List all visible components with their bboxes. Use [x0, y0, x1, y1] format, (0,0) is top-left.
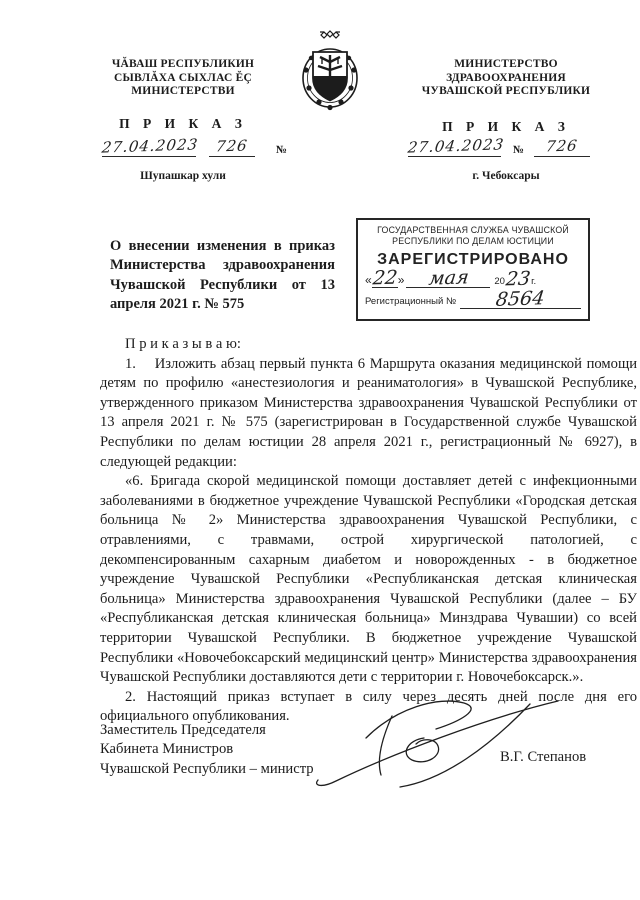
document-page: ЧĂВАШ РЕСПУБЛИКИН СЫВЛĂХА СЫХЛАС ĔÇ МИНИ…	[0, 0, 640, 900]
org-name-chuvash-line2: СЫВЛĂХА СЫХЛАС ĔÇ	[100, 72, 266, 86]
stamp-quote-open: «	[365, 273, 372, 288]
date-underline-left: 27.04.2023	[102, 138, 196, 157]
number-underline-left: 726	[209, 138, 255, 157]
stamp-reg-label: Регистрационный №	[365, 296, 456, 309]
stamp-handwritten-year: 23	[505, 270, 532, 289]
registration-stamp: ГОСУДАРСТВЕННАЯ СЛУЖБА ЧУВАШСКОЙ РЕСПУБЛ…	[356, 218, 590, 321]
number-sign-left: №	[276, 144, 287, 157]
stamp-handwritten-month: мая	[427, 268, 469, 287]
org-name-russian-line1: МИНИСТЕРСТВО	[408, 58, 604, 72]
signatory-name: В.Г. Степанов	[500, 749, 586, 766]
number-underline-right: 726	[534, 138, 590, 157]
order-word: П р и к а з ы в а ю:	[100, 335, 637, 355]
order-body: П р и к а з ы в а ю: 1. Изложить абзац п…	[100, 335, 637, 727]
chuvashia-coat-of-arms-icon	[299, 30, 361, 112]
signature-icon	[312, 688, 564, 792]
stamp-org-line2: РЕСПУБЛИКИ ПО ДЕЛАМ ЮСТИЦИИ	[365, 236, 581, 247]
org-name-russian: МИНИСТЕРСТВО ЗДРАВООХРАНЕНИЯ ЧУВАШСКОЙ Р…	[408, 58, 604, 99]
number-sign-right: №	[513, 144, 524, 157]
org-name-russian-line3: ЧУВАШСКОЙ РЕСПУБЛИКИ	[408, 85, 604, 99]
stamp-org-line1: ГОСУДАРСТВЕННАЯ СЛУЖБА ЧУВАШСКОЙ	[365, 225, 581, 236]
stamp-registered-label: ЗАРЕГИСТРИРОВАНО	[365, 251, 581, 268]
document-title: О внесении изменения в приказ Министерст…	[110, 237, 335, 314]
city-name-chuvash: Шупашкар хули	[100, 170, 266, 182]
city-name-russian: г. Чебоксары	[408, 170, 604, 182]
stamp-year-suffix: г.	[530, 276, 536, 288]
org-name-russian-line2: ЗДРАВООХРАНЕНИЯ	[408, 72, 604, 86]
body-paragraph-1: 1. Изложить абзац первый пункта 6 Маршру…	[100, 355, 637, 473]
handwritten-date-left: 27.04.2023	[101, 136, 199, 156]
org-name-chuvash-line1: ЧĂВАШ РЕСПУБЛИКИН	[100, 58, 266, 72]
stamp-reg-number-underline: 8564	[460, 290, 581, 309]
order-heading-right: П Р И К А З	[408, 119, 604, 135]
order-date-number-right: 27.04.2023 № 726	[408, 138, 590, 157]
stamp-handwritten-reg-number: 8564	[495, 289, 546, 309]
stamp-month-underline: мая	[406, 269, 490, 288]
date-underline-right: 27.04.2023	[408, 138, 501, 157]
org-name-chuvash: ЧĂВАШ РЕСПУБЛИКИН СЫВЛĂХА СЫХЛАС ĔÇ МИНИ…	[100, 58, 266, 99]
body-paragraph-2: «6. Бригада скорой медицинской помощи до…	[100, 472, 637, 688]
stamp-date-row: «22» мая 2023г.	[365, 269, 581, 288]
stamp-year-prefix: 20	[490, 276, 506, 288]
handwritten-number-right: 726	[545, 137, 579, 155]
stamp-quote-close: »	[398, 273, 405, 288]
stamp-day-underline: 22	[372, 269, 398, 288]
handwritten-date-right: 27.04.2023	[407, 136, 505, 156]
order-heading-left: П Р И К А З	[100, 116, 266, 132]
stamp-handwritten-day: 22	[371, 269, 398, 288]
stamp-registration-number-row: Регистрационный № 8564	[365, 290, 581, 309]
handwritten-number-left: 726	[215, 137, 249, 155]
org-name-chuvash-line3: МИНИСТЕРСТВИ	[100, 85, 266, 99]
order-date-number-left: 27.04.2023 726 №	[102, 138, 287, 157]
